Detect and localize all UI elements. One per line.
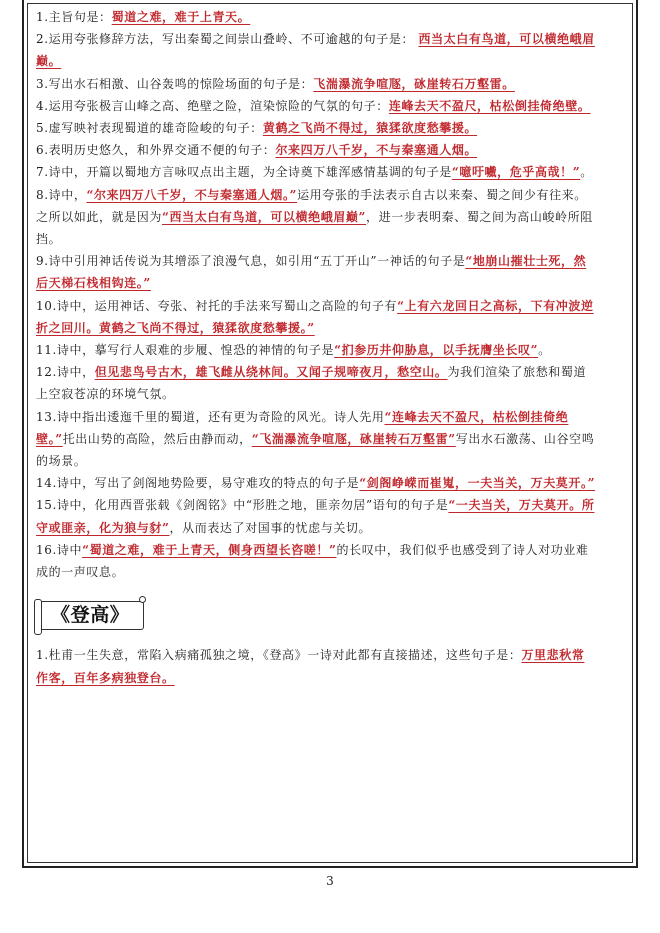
question-text: 1.杜甫一生失意，常陷入病痛孤独之境，《登高》一诗对此都有直接描述，这些句子是：	[36, 648, 521, 662]
question-14: 14.诗中，写出了剑阁地势险要，易守难攻的特点的句子是“剑阁峥嵘而崔嵬，一夫当关…	[36, 472, 596, 494]
question-13: 13.诗中指出逶迤千里的蜀道，还有更为奇险的风光。诗人先用“连峰去天不盈尺，枯松…	[36, 406, 596, 473]
question-text: 14.诗中，写出了剑阁地势险要，易守难攻的特点的句子是	[36, 476, 359, 490]
answer-text: 尔来四万八千岁，不与秦塞通人烟。	[275, 143, 477, 157]
document-content: 1.主旨句是：蜀道之难，难于上青天。 2.运用夸张修辞方法，写出秦蜀之间崇山叠岭…	[36, 6, 596, 689]
question-7: 7.诗中，开篇以蜀地方言咏叹点出主题，为全诗奠下雄浑感情基调的句子是“噫吁嚱，危…	[36, 161, 596, 183]
question-4: 4.运用夸张极言山峰之高、绝壁之险，渲染惊险的气氛的句子：连峰去天不盈尺，枯松倒…	[36, 95, 596, 117]
answer-text: 蜀道之难，难于上青天。	[112, 10, 251, 24]
answer-text-2: “西当太白有鸟道，可以横绝峨眉巅”	[162, 210, 366, 224]
answer-text: 飞湍瀑流争喧豗，砯崖转石万壑雷。	[313, 77, 515, 91]
question-text: 4.运用夸张极言山峰之高、绝壁之险，渲染惊险的气氛的句子：	[36, 99, 389, 113]
section-title: 《登高》	[51, 604, 129, 626]
question-2: 2.运用夸张修辞方法，写出秦蜀之间崇山叠岭、不可逾越的句子是： 西当太白有鸟道，…	[36, 28, 596, 72]
answer-text-2: “飞湍瀑流争喧豗，砯崖转石万壑雷”	[252, 432, 456, 446]
answer-text: “噫吁嚱，危乎高哉！”	[452, 165, 580, 179]
denggao-question-1: 1.杜甫一生失意，常陷入病痛孤独之境，《登高》一诗对此都有直接描述，这些句子是：…	[36, 644, 596, 688]
question-suffix: 。	[580, 165, 593, 179]
question-text: 2.运用夸张修辞方法，写出秦蜀之间崇山叠岭、不可逾越的句子是：	[36, 32, 418, 46]
question-text: 11.诗中，摹写行人艰难的步履、惶恐的神情的句子是	[36, 343, 334, 357]
section-heading-denggao: 《登高》	[38, 601, 144, 630]
question-suffix: 。	[538, 343, 551, 357]
answer-text: “尔来四万八千岁，不与秦塞通人烟。”	[86, 188, 297, 202]
answer-text: 连峰去天不盈尺，枯松倒挂倚绝壁。	[389, 99, 591, 113]
question-text: 3.写出水石相激、山谷轰鸣的惊险场面的句子是：	[36, 77, 313, 91]
question-15: 15.诗中，化用西晋张载《剑阁铭》中“形胜之地，匪亲勿居”语句的句子是“一夫当关…	[36, 494, 596, 538]
question-11: 11.诗中，摹写行人艰难的步履、惶恐的神情的句子是“扪参历井仰胁息，以手抚膺坐长…	[36, 339, 596, 361]
question-text: 7.诗中，开篇以蜀地方言咏叹点出主题，为全诗奠下雄浑感情基调的句子是	[36, 165, 452, 179]
page-number: 3	[0, 874, 660, 888]
answer-text: 但见悲鸟号古木，雄飞雌从绕林间。又闻子规啼夜月，愁空山。	[95, 365, 448, 379]
question-text: 9.诗中引用神话传说为其增添了浪漫气息，如引用“五丁开山”一神话的句子是	[36, 254, 465, 268]
question-text: 6.表明历史悠久，和外界交通不便的句子：	[36, 143, 275, 157]
question-text: 16.诗中	[36, 543, 82, 557]
question-1: 1.主旨句是：蜀道之难，难于上青天。	[36, 6, 596, 28]
question-8: 8.诗中，“尔来四万八千岁，不与秦塞通人烟。”运用夸张的手法表示自古以来秦、蜀之…	[36, 184, 596, 251]
question-5: 5.虚写映衬表现蜀道的雄奇险峻的句子：黄鹤之飞尚不得过，猿猱欲度愁攀援。	[36, 117, 596, 139]
scroll-curl-icon	[34, 599, 42, 635]
question-text: 10.诗中，运用神话、夸张、衬托的手法来写蜀山之高险的句子有	[36, 299, 397, 313]
question-text: 13.诗中指出逶迤千里的蜀道，还有更为奇险的风光。诗人先用	[36, 410, 385, 424]
question-text: 8.诗中，	[36, 188, 86, 202]
answer-text: “蜀道之难，难于上青天，侧身西望长咨嗟！”	[82, 543, 336, 557]
question-9: 9.诗中引用神话传说为其增添了浪漫气息，如引用“五丁开山”一神话的句子是“地崩山…	[36, 250, 596, 294]
question-6: 6.表明历史悠久，和外界交通不便的句子：尔来四万八千岁，不与秦塞通人烟。	[36, 139, 596, 161]
question-middle: 托出山势的高险，然后由静而动，	[63, 432, 252, 446]
question-suffix: ，从而表达了对国事的忧虑与关切。	[170, 521, 372, 535]
question-12: 12.诗中，但见悲鸟号古木，雄飞雌从绕林间。又闻子规啼夜月，愁空山。为我们渲染了…	[36, 361, 596, 405]
scroll-knob-icon	[139, 596, 146, 603]
question-3: 3.写出水石相激、山谷轰鸣的惊险场面的句子是：飞湍瀑流争喧豗，砯崖转石万壑雷。	[36, 73, 596, 95]
answer-text: “剑阁峥嵘而崔嵬，一夫当关，万夫莫开。”	[359, 476, 595, 490]
question-text: 5.虚写映衬表现蜀道的雄奇险峻的句子：	[36, 121, 263, 135]
answer-text: “扪参历井仰胁息，以手抚膺坐长叹”	[334, 343, 538, 357]
question-text: 15.诗中，化用西晋张载《剑阁铭》中“形胜之地，匪亲勿居”语句的句子是	[36, 498, 448, 512]
question-text: 1.主旨句是：	[36, 10, 112, 24]
answer-text: 黄鹤之飞尚不得过，猿猱欲度愁攀援。	[263, 121, 477, 135]
question-text: 12.诗中，	[36, 365, 95, 379]
question-10: 10.诗中，运用神话、夸张、衬托的手法来写蜀山之高险的句子有“上有六龙回日之高标…	[36, 295, 596, 339]
question-16: 16.诗中“蜀道之难，难于上青天，侧身西望长咨嗟！”的长叹中，我们似乎也感受到了…	[36, 539, 596, 583]
